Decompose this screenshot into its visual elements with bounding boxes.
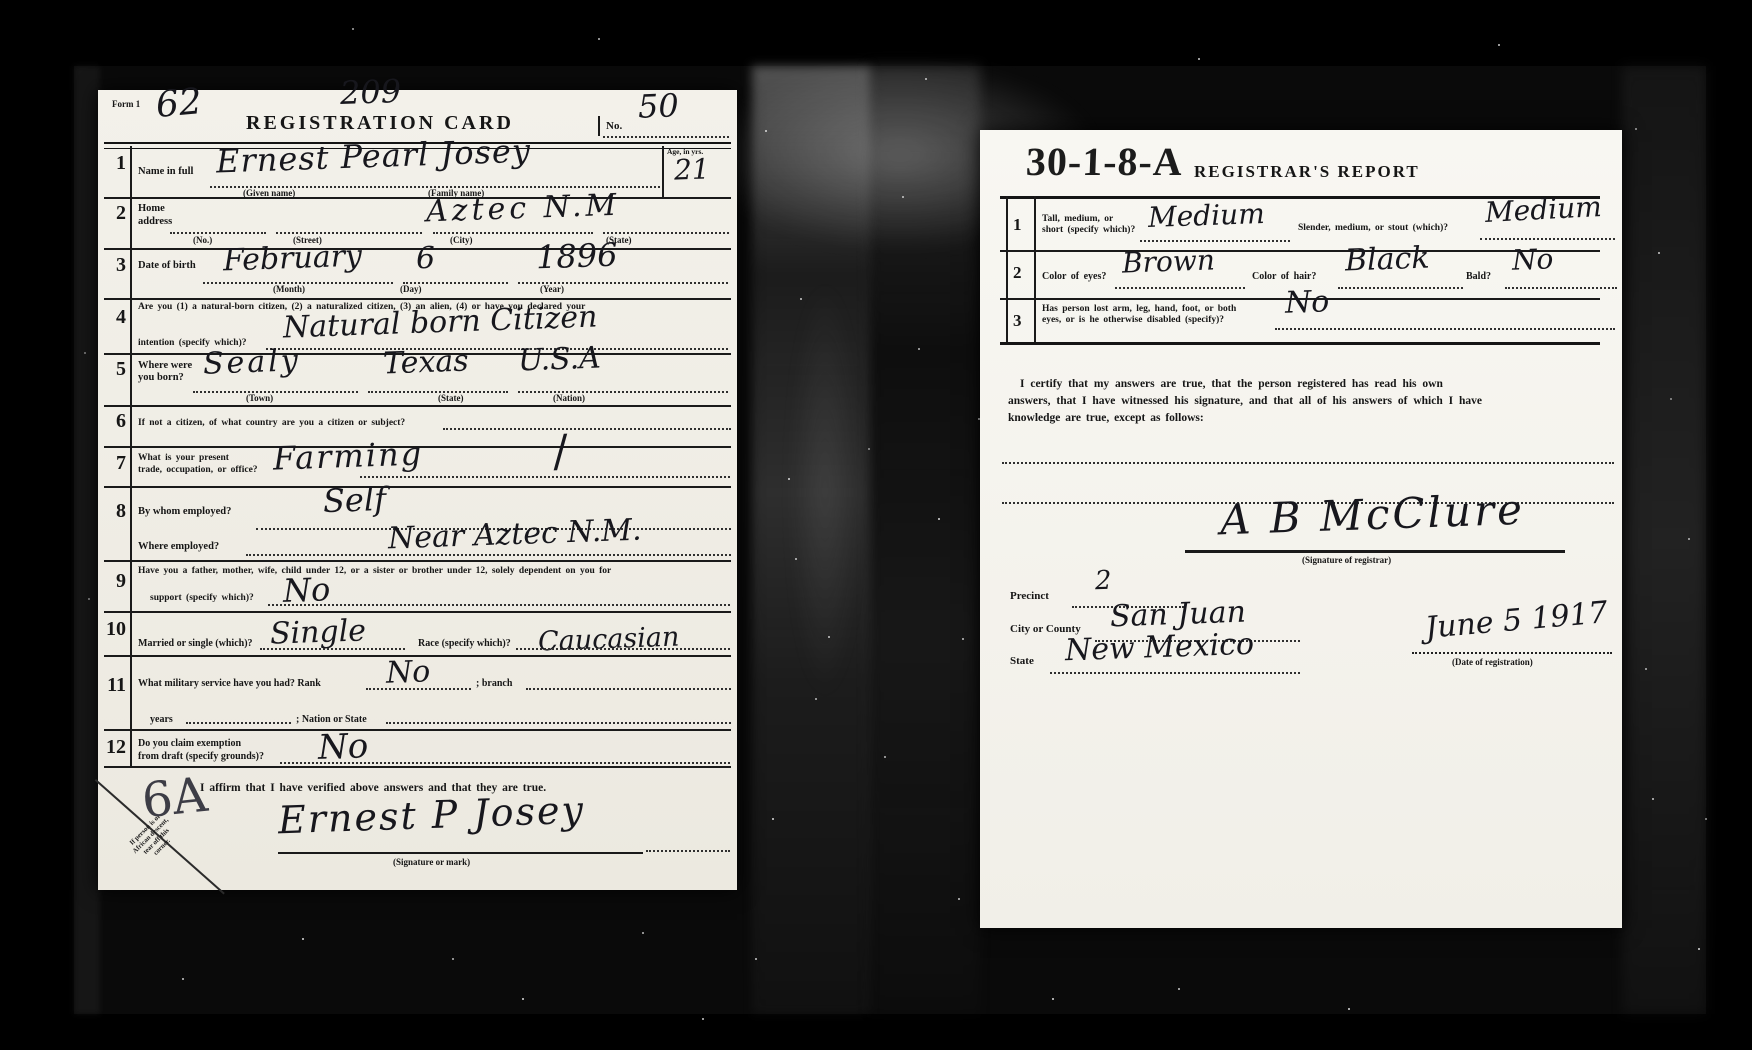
row-rule: [1000, 250, 1600, 252]
address-dotted-line: [170, 232, 266, 234]
table-number-line: [1034, 196, 1036, 345]
where-employed-value: Near Aztec N.M.: [388, 516, 642, 555]
height-value: Medium: [1148, 200, 1266, 232]
married-dotted-line: [260, 648, 405, 650]
divider-tick: [598, 116, 600, 136]
signature-caption: (Signature or mark): [393, 858, 470, 868]
exemption-dotted-line: [280, 762, 730, 764]
row-number: 3: [1013, 312, 1022, 331]
race-dotted-line: [516, 648, 730, 650]
row-rule: [104, 298, 731, 300]
age-value: 21: [674, 155, 711, 184]
row-number: 2: [1013, 264, 1022, 283]
certify-line1: I certify that my answers are true, that…: [1020, 378, 1443, 391]
caption-no: (No.): [193, 236, 212, 246]
certify-line2: answers, that I have witnessed his signa…: [1008, 395, 1482, 408]
field-name-value: Ernest Pearl Josey: [216, 135, 532, 178]
form-number-handwritten: 62: [155, 84, 204, 124]
born-state: Texas: [383, 347, 470, 380]
born-label-line2: you born?: [138, 372, 184, 384]
microfilm-scan: Form 1 62 209 REGISTRATION CARD No. 50 1…: [0, 0, 1752, 1050]
exemption-label-line1: Do you claim exemption: [138, 738, 241, 749]
registration-date-caption: (Date of registration): [1452, 658, 1533, 668]
citizenship-dotted-line: [266, 348, 728, 350]
exemption-value: No: [317, 729, 368, 765]
row-rule: [104, 405, 731, 407]
born-town: Sealy: [203, 346, 302, 379]
where-employed-dotted-line: [246, 554, 731, 556]
row-number: 3: [104, 254, 126, 276]
row-number: 1: [1013, 216, 1022, 235]
born-nation: U.S.A: [518, 344, 602, 377]
caption-day: (Day): [400, 285, 422, 295]
years-dotted-line: [186, 722, 291, 724]
hair-value: Black: [1345, 244, 1431, 277]
nation-or-state-dotted-line: [386, 722, 731, 724]
military-label: What military service have you had? Rank: [138, 678, 321, 689]
caption-nation: (Nation): [553, 394, 585, 404]
row-number: 7: [104, 452, 126, 474]
no-label: No.: [606, 120, 622, 132]
age-column-line: [662, 146, 664, 197]
build-dotted-line: [1480, 238, 1615, 240]
trade-label-line1: What is your present: [138, 453, 229, 463]
signature-line: [278, 852, 643, 854]
eyes-dotted-line: [1115, 287, 1245, 289]
eyes-label: Color of eyes?: [1042, 271, 1106, 282]
row-number: 11: [100, 674, 126, 696]
registrar-signature-caption: (Signature of registrar): [1302, 556, 1391, 566]
dependent-question-line2: support (specify which)?: [150, 593, 254, 603]
state-value: New Mexico: [1065, 630, 1255, 667]
row-rule: [104, 611, 731, 613]
height-dotted-line: [1140, 240, 1290, 242]
certify-line3: knowledge are true, except as follows:: [1008, 412, 1204, 425]
disability-label-line2: eyes, or is he otherwise disabled (speci…: [1042, 315, 1224, 325]
precinct-value: 2: [1095, 568, 1112, 595]
bald-value: No: [1512, 245, 1554, 274]
branch-label: ; branch: [476, 678, 512, 689]
state-dotted-line: [1050, 672, 1300, 674]
field-dob-label: Date of birth: [138, 260, 196, 272]
build-value: Medium: [1484, 193, 1602, 227]
stray-pen-mark: /: [552, 430, 568, 474]
disability-label-line1: Has person lost arm, leg, hand, foot, or…: [1042, 304, 1236, 314]
born-dotted-line: [193, 391, 358, 393]
row-number: 2: [104, 202, 126, 224]
hair-dotted-line: [1338, 287, 1463, 289]
row-rule: [104, 729, 731, 731]
row-number: 6: [104, 410, 126, 432]
employer-value: Self: [322, 483, 386, 517]
bald-dotted-line: [1505, 287, 1617, 289]
row-number: 9: [104, 570, 126, 592]
report-stamp: 30-1-8-A: [1025, 140, 1183, 184]
caption-month: (Month): [273, 285, 305, 295]
registrars-report-card: 30-1-8-A REGISTRAR'S REPORT 1 Tall, medi…: [980, 130, 1622, 928]
dependent-question-line1: Have you a father, mother, wife, child u…: [138, 566, 611, 576]
where-employed-label: Where employed?: [138, 541, 219, 553]
report-title: REGISTRAR'S REPORT: [1194, 163, 1420, 182]
military-rank-value: No: [385, 657, 430, 689]
address-dotted-line: [603, 232, 729, 234]
nation-or-state-label: ; Nation or State: [296, 714, 367, 725]
registration-date-value: June 5 1917: [1424, 598, 1609, 644]
trade-value: Farming: [272, 437, 423, 474]
dust-specks: [0, 0, 2, 2]
address-dotted-line: [433, 232, 593, 234]
caption-state2: (State): [438, 394, 464, 404]
dob-year: 1896: [535, 239, 618, 274]
row-number: 8: [104, 500, 126, 522]
race-label: Race (specify which)?: [418, 638, 511, 649]
signature-dotted-line: [646, 850, 730, 852]
not-citizen-question: If not a citizen, of what country are yo…: [138, 418, 405, 428]
row-number: 4: [104, 306, 126, 328]
field-address-label: address: [138, 216, 172, 228]
height-label-line2: short (specify which)?: [1042, 225, 1135, 235]
dob-day: 6: [415, 244, 435, 275]
years-label: years: [150, 714, 173, 725]
registration-card: Form 1 62 209 REGISTRATION CARD No. 50 1…: [98, 90, 737, 890]
born-dotted-line: [518, 391, 728, 393]
dob-month: February: [223, 242, 363, 277]
row-number: 10: [100, 618, 126, 640]
married-label: Married or single (which)?: [138, 638, 253, 649]
no-dotted-line: [603, 136, 729, 138]
field-address-value: Aztec N.M: [426, 191, 621, 228]
trade-label-line2: trade, occupation, or office?: [138, 465, 258, 475]
form-label: Form 1: [112, 100, 140, 110]
serial-number-handwritten: 209: [339, 75, 401, 109]
dependent-value: No: [282, 573, 330, 607]
row-number: 5: [104, 358, 126, 380]
caption-town: (Town): [246, 394, 273, 404]
registrar-signature: A B McClure: [1219, 489, 1525, 542]
row-rule: [104, 486, 731, 488]
no-value-handwritten: 50: [637, 89, 679, 122]
table-left-line: [1006, 196, 1008, 345]
registration-date-line: [1412, 652, 1612, 654]
disability-dotted-line: [1275, 328, 1615, 330]
row-number: 12: [100, 736, 126, 758]
not-citizen-dotted-line: [443, 428, 731, 430]
field-home-label: Home: [138, 203, 165, 215]
dependent-dotted-line: [268, 604, 730, 606]
corner-pencil-mark: 6A: [140, 771, 210, 826]
exemption-label-line2: from draft (specify grounds)?: [138, 751, 264, 762]
address-dotted-line: [276, 232, 422, 234]
registrar-signature-line: [1185, 550, 1565, 553]
table-bottom-rule: [1000, 342, 1600, 345]
caption-year: (Year): [540, 285, 564, 295]
exception-dotted-line: [1002, 462, 1614, 464]
bald-label: Bald?: [1466, 271, 1491, 282]
hair-label: Color of hair?: [1252, 271, 1316, 282]
citizenship-value: Natural born Citizen: [283, 303, 598, 344]
row-number: 1: [104, 152, 126, 174]
rank-dotted-line: [366, 688, 471, 690]
card-title: REGISTRATION CARD: [246, 112, 514, 134]
branch-dotted-line: [526, 688, 731, 690]
employer-label: By whom employed?: [138, 506, 231, 518]
precinct-label: Precinct: [1010, 590, 1049, 602]
eyes-value: Brown: [1122, 246, 1216, 277]
married-value: Single: [270, 616, 367, 649]
height-label-line1: Tall, medium, or: [1042, 214, 1113, 224]
number-column-line: [130, 146, 132, 766]
born-label-line1: Where were: [138, 360, 192, 372]
state-label: State: [1010, 655, 1034, 667]
caption-given-name: (Given name): [243, 189, 295, 199]
build-label: Slender, medium, or stout (which)?: [1298, 223, 1448, 233]
caption-city: (City): [450, 236, 473, 246]
trade-dotted-line: [360, 476, 730, 478]
registrant-signature: Ernest P Josey: [277, 791, 585, 840]
disability-value: No: [1284, 287, 1329, 319]
row-rule: [104, 560, 731, 562]
race-value: Caucasian: [538, 624, 680, 656]
row-rule: [104, 197, 731, 199]
field-name-label: Name in full: [138, 166, 193, 178]
